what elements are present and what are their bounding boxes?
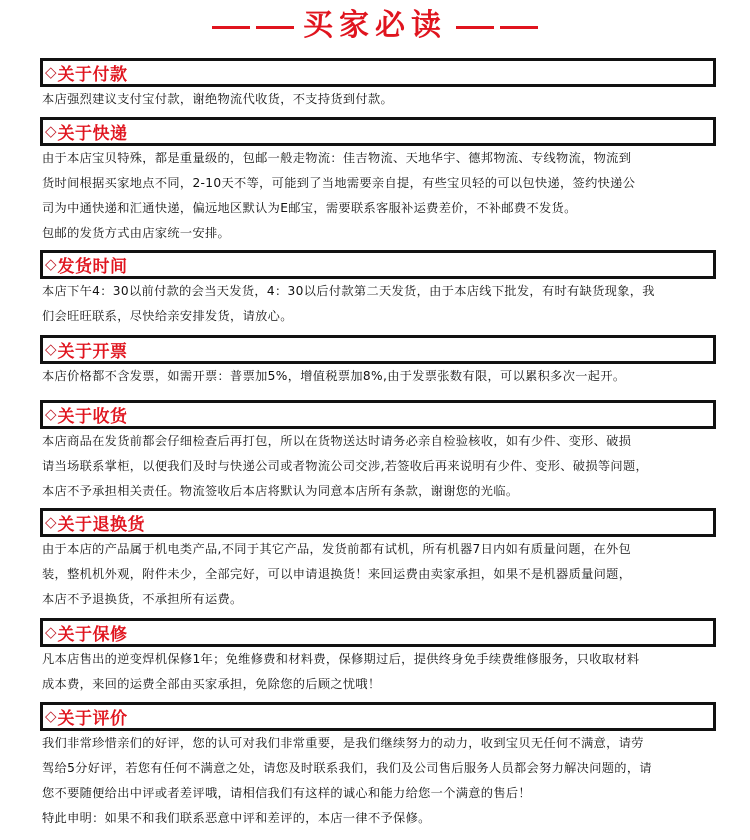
section-text-line: 驾给5分好评，若您有任何不满意之处，请您及时联系我们，我们及公司售后服务人员都会… (42, 756, 716, 781)
section-body: 由于本店宝贝特殊，都是重量级的，包邮一般走物流：佳吉物流、天地华宇、德邦物流、专… (40, 146, 716, 246)
section-text-line: 本店商品在发货前都会仔细检查后再打包，所以在货物送达时请务必亲自检验核收，如有少… (42, 429, 716, 454)
section-text-line: 们会旺旺联系，尽快给亲安排发货，请放心。 (42, 304, 716, 329)
diamond-icon: ◇ (45, 257, 57, 272)
diamond-icon: ◇ (45, 407, 57, 422)
section-text-line: 成本费，来回的运费全部由买家承担，免除您的后顾之忧哦！ (42, 672, 716, 697)
section-heading: 关于保修 (58, 620, 128, 645)
diamond-icon: ◇ (45, 625, 57, 640)
section-text-line: 包邮的发货方式由店家统一安排。 (42, 221, 716, 246)
notice-section: ◇关于评价我们非常珍惜亲们的好评，您的认可对我们非常重要，是我们继续努力的动力，… (40, 702, 716, 831)
section-text-line: 凡本店售出的逆变焊机保修1年；免维修费和材料费，保修期过后，提供终身免手续费维修… (42, 647, 716, 672)
section-text-line: 您不要随便给出中评或者差评哦，请相信我们有这样的诚心和能力给您一个满意的售后！ (42, 781, 716, 806)
title-dash-left (209, 5, 297, 47)
section-text-line: 本店不予承担相关责任。物流签收后本店将默认为同意本店所有条款，谢谢您的光临。 (42, 479, 716, 504)
section-text-line: 货时间根据买家地点不同，2-10天不等，可能到了当地需要亲自提，有些宝贝轻的可以… (42, 171, 716, 196)
notice-section: ◇关于开票本店价格都不含发票，如需开票：普票加5%，增值税票加8%,由于发票张数… (40, 335, 716, 389)
section-heading-box: ◇发货时间 (40, 250, 716, 279)
diamond-icon: ◇ (45, 65, 57, 80)
notice-section: ◇发货时间本店下午4：30以前付款的会当天发货，4：30以后付款第二天发货，由于… (40, 250, 716, 329)
notice-section: ◇关于快递由于本店宝贝特殊，都是重量级的，包邮一般走物流：佳吉物流、天地华宇、德… (40, 117, 716, 246)
section-text-line: 本店强烈建议支付宝付款，谢绝物流代收货，不支持货到付款。 (42, 87, 716, 112)
section-heading-box: ◇关于评价 (40, 702, 716, 731)
section-body: 本店价格都不含发票，如需开票：普票加5%，增值税票加8%,由于发票张数有限，可以… (40, 364, 716, 389)
notice-section: ◇关于付款本店强烈建议支付宝付款，谢绝物流代收货，不支持货到付款。 (40, 58, 716, 112)
section-heading-box: ◇关于快递 (40, 117, 716, 146)
section-text-line: 本店下午4：30以前付款的会当天发货，4：30以后付款第二天发货，由于本店线下批… (42, 279, 716, 304)
section-body: 本店强烈建议支付宝付款，谢绝物流代收货，不支持货到付款。 (40, 87, 716, 112)
notice-section: ◇关于收货本店商品在发货前都会仔细检查后再打包，所以在货物送达时请务必亲自检验核… (40, 400, 716, 504)
diamond-icon: ◇ (45, 515, 57, 530)
section-text-line: 司为中通快递和汇通快递，偏远地区默认为E邮宝，需要联系客服补运费差价，不补邮费不… (42, 196, 716, 221)
section-text-line: 我们非常珍惜亲们的好评，您的认可对我们非常重要，是我们继续努力的动力，收到宝贝无… (42, 731, 716, 756)
section-heading: 关于退换货 (58, 510, 146, 535)
section-heading-box: ◇关于开票 (40, 335, 716, 364)
section-text-line: 由于本店宝贝特殊，都是重量级的，包邮一般走物流：佳吉物流、天地华宇、德邦物流、专… (42, 146, 716, 171)
diamond-icon: ◇ (45, 342, 57, 357)
section-body: 由于本店的产品属于机电类产品,不同于其它产品，发货前都有试机，所有机器7日内如有… (40, 537, 716, 612)
section-text-line: 请当场联系掌柜，以便我们及时与快递公司或者物流公司交涉,若签收后再来说明有少件、… (42, 454, 716, 479)
section-heading-box: ◇关于退换货 (40, 508, 716, 537)
section-heading: 发货时间 (58, 252, 128, 277)
section-body: 本店下午4：30以前付款的会当天发货，4：30以后付款第二天发货，由于本店线下批… (40, 279, 716, 329)
section-heading: 关于快递 (58, 119, 128, 144)
section-heading: 关于付款 (58, 60, 128, 85)
diamond-icon: ◇ (45, 124, 57, 139)
title-dash-right (453, 5, 541, 47)
section-heading-box: ◇关于付款 (40, 58, 716, 87)
diamond-icon: ◇ (45, 709, 57, 724)
section-heading: 关于收货 (58, 402, 128, 427)
section-heading: 关于评价 (58, 704, 128, 729)
page-title-text: 买家必读 (303, 8, 447, 43)
section-heading: 关于开票 (58, 337, 128, 362)
section-body: 凡本店售出的逆变焊机保修1年；免维修费和材料费，保修期过后，提供终身免手续费维修… (40, 647, 716, 697)
section-heading-box: ◇关于保修 (40, 618, 716, 647)
section-heading-box: ◇关于收货 (40, 400, 716, 429)
section-text-line: 本店不予退换货，不承担所有运费。 (42, 587, 716, 612)
section-text-line: 装，整机机外观，附件未少，全部完好，可以申请退换货！来回运费由卖家承担，如果不是… (42, 562, 716, 587)
section-text-line: 特此申明：如果不和我们联系恶意中评和差评的，本店一律不予保修。 (42, 806, 716, 831)
section-text-line: 本店价格都不含发票，如需开票：普票加5%，增值税票加8%,由于发票张数有限，可以… (42, 364, 716, 389)
section-body: 本店商品在发货前都会仔细检查后再打包，所以在货物送达时请务必亲自检验核收，如有少… (40, 429, 716, 504)
page-title: 买家必读 (0, 4, 750, 47)
section-text-line: 由于本店的产品属于机电类产品,不同于其它产品，发货前都有试机，所有机器7日内如有… (42, 537, 716, 562)
notice-section: ◇关于退换货由于本店的产品属于机电类产品,不同于其它产品，发货前都有试机，所有机… (40, 508, 716, 612)
section-body: 我们非常珍惜亲们的好评，您的认可对我们非常重要，是我们继续努力的动力，收到宝贝无… (40, 731, 716, 831)
notice-section: ◇关于保修凡本店售出的逆变焊机保修1年；免维修费和材料费，保修期过后，提供终身免… (40, 618, 716, 697)
